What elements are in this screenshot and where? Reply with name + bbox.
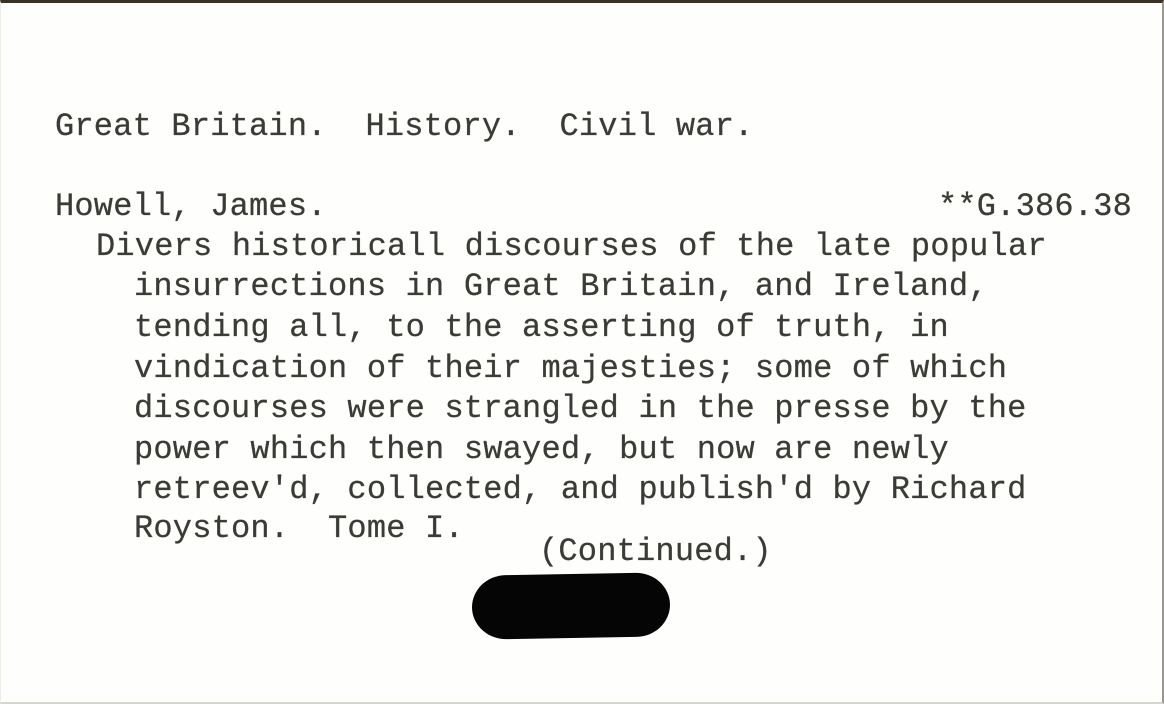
call-number: **G.386.38 [938, 191, 1132, 223]
title-line: tending all, to the asserting of truth, … [134, 312, 949, 344]
subject-heading: Great Britain. History. Civil war. [55, 111, 754, 143]
author-name: Howell, James. [55, 191, 327, 223]
title-line: Divers historicall discourses of the lat… [96, 231, 1047, 263]
title-line: vindication of their majesties; some of … [134, 353, 1007, 385]
title-line: power which then swayed, but now are new… [134, 434, 949, 466]
title-line: retreev'd, collected, and publish'd by R… [134, 474, 1027, 506]
title-line: discourses were strangled in the presse … [134, 393, 1027, 425]
title-line: Royston. Tome I. [134, 513, 464, 545]
continued-note: (Continued.) [539, 536, 772, 568]
title-line: insurrections in Great Britain, and Irel… [134, 271, 988, 303]
catalog-card: Great Britain. History. Civil war. Howel… [0, 0, 1164, 704]
redaction-blot [471, 572, 670, 639]
